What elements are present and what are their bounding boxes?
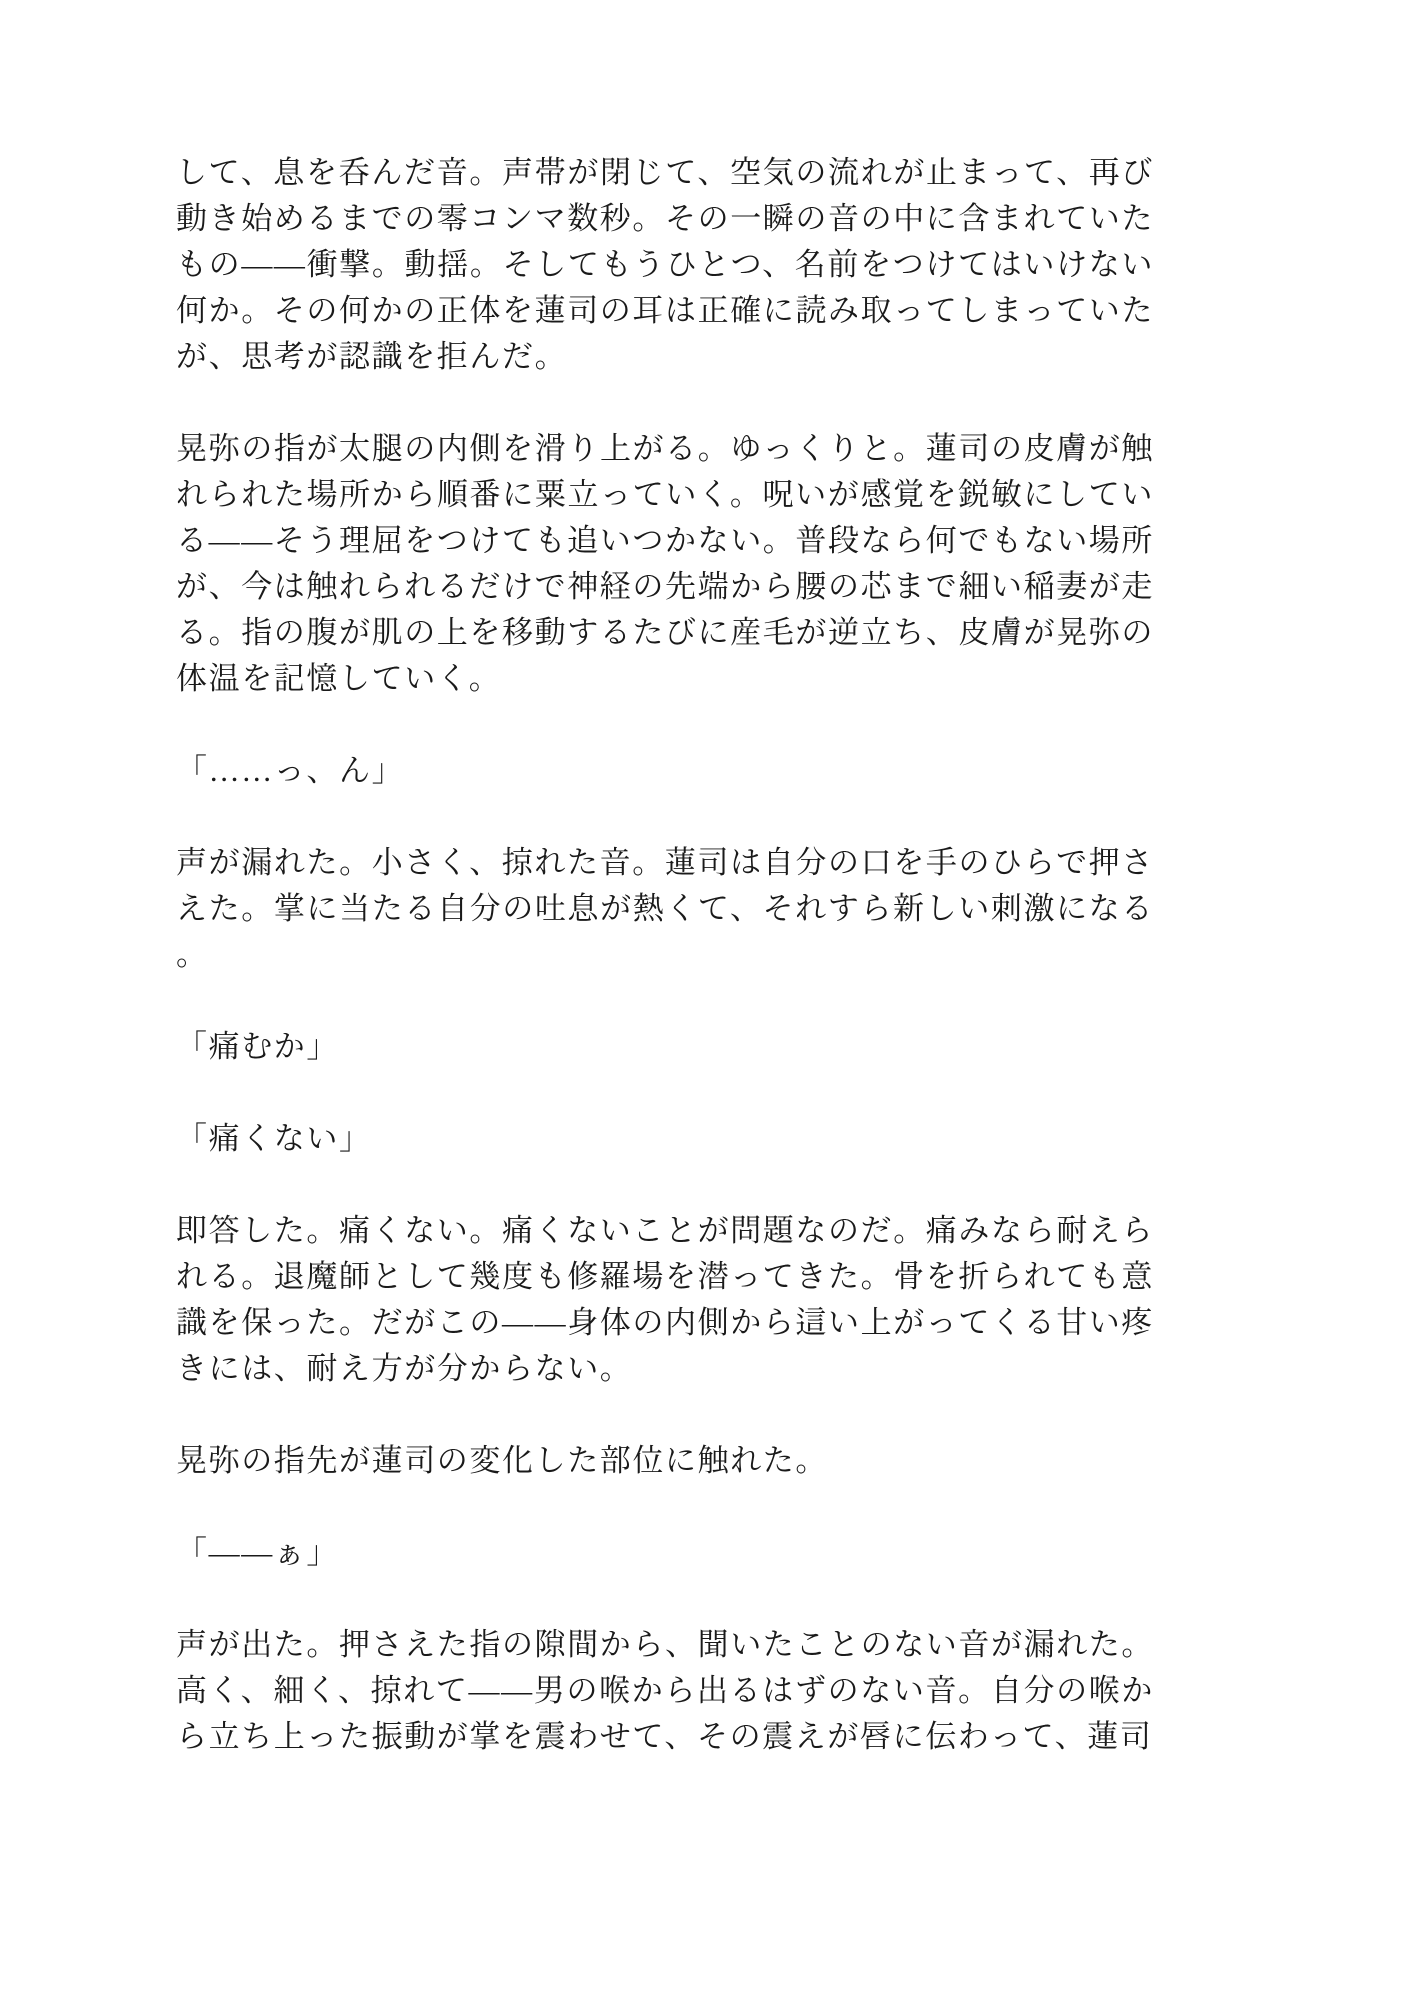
narration-paragraph-3: 声が漏れた。小さく、掠れた音。蓮司は自分の口を手のひらで押さえた。掌に当たる自分… (176, 840, 1154, 978)
narration-paragraph-4: 即答した。痛くない。痛くないことが問題なのだ。痛みなら耐えられる。退魔師として幾… (176, 1208, 1154, 1392)
dialogue-line-3: 「痛くない」 (176, 1116, 1154, 1162)
narration-paragraph-1: して、息を呑んだ音。声帯が閉じて、空気の流れが止まって、再び動き始めるまでの零コ… (176, 150, 1154, 380)
dialogue-line-2: 「痛むか」 (176, 1024, 1154, 1070)
narration-paragraph-2: 晃弥の指が太腿の内側を滑り上がる。ゆっくりと。蓮司の皮膚が触れられた場所から順番… (176, 426, 1154, 702)
text-page: して、息を呑んだ音。声帯が閉じて、空気の流れが止まって、再び動き始めるまでの零コ… (176, 150, 1154, 1760)
narration-paragraph-6: 声が出た。押さえた指の隙間から、聞いたことのない音が漏れた。高く、細く、掠れて—… (176, 1622, 1154, 1760)
dialogue-line-4: 「——ぁ」 (176, 1530, 1154, 1576)
narration-paragraph-5: 晃弥の指先が蓮司の変化した部位に触れた。 (176, 1438, 1154, 1484)
document-page-background: { "page": { "background_color": "#ffffff… (0, 0, 1415, 2000)
dialogue-line-1: 「……っ、ん」 (176, 748, 1154, 794)
